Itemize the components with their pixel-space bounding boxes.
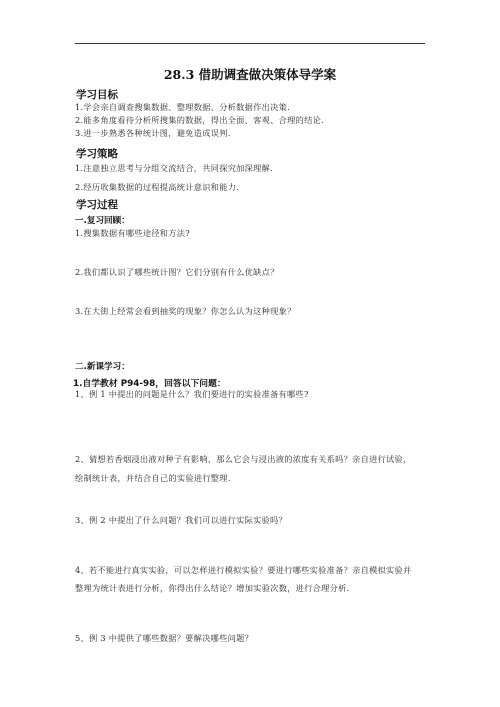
- new-lesson-heading: 二.新课学习：: [75, 360, 130, 372]
- review-question: 3.在大街上经常会看到抽奖的现象？你怎么认为这种现象？: [75, 306, 296, 316]
- document-page: 28.3 借助调查做决策体导学案 学习目标 1.学会亲自调查搜集数据、整理数据、…: [0, 0, 500, 707]
- process-heading: 学习过程: [76, 197, 118, 212]
- lesson-question: 3、例 2 中提出了什么问题？我们可以进行实际实验吗？: [75, 515, 287, 525]
- goal-item: 2.能多角度看待分析所搜集的数据，得出全面、客观、合理的结论.: [75, 115, 324, 125]
- new-lesson-subheading: 1.自学教材 P94-98，回答以下问题：: [73, 376, 226, 389]
- lesson-question: 5、例 3 中提供了哪些数据？要解决哪些问题？: [75, 633, 253, 643]
- goal-item: 1.学会亲自调查搜集数据、整理数据、分析数据作出决策.: [75, 102, 290, 112]
- document-title: 28.3 借助调查做决策体导学案: [0, 65, 500, 83]
- strategy-heading: 学习策略: [76, 146, 118, 161]
- review-question: 2.我们都认识了哪些统计图？它们分别有什么优缺点？: [75, 267, 279, 277]
- strategy-item: 1.注意独立思考与分组交流结合，共同探究加深理解.: [75, 163, 273, 173]
- review-question: 1.搜集数据有哪些途径和方法?: [75, 228, 190, 238]
- goals-heading: 学习目标: [76, 87, 118, 102]
- review-heading: 一.复习回顾：: [75, 214, 130, 226]
- lesson-question: 1、例 1 中提出的问题是什么？我们要进行的实验准备有哪些?: [75, 389, 309, 399]
- lesson-question: 2、猜想若香烟浸出液对种子有影响，那么它会与浸出液的浓度有关系吗？亲自进行试验，: [75, 454, 412, 464]
- lesson-question-cont: 整理为统计表进行分析，你得出什么结论？增加实验次数，进行合理分析.: [75, 583, 350, 593]
- goal-item: 3.进一步熟悉各种统计图，避免造成误判.: [75, 128, 231, 138]
- lesson-question: 4、若不能进行真实实验，可以怎样进行模拟实验？要进行哪些实验准备？亲自模拟实验并: [75, 565, 412, 575]
- lesson-question-cont: 绘制统计表，并结合自己的实验进行整理.: [75, 473, 231, 483]
- header-divider: [75, 43, 425, 44]
- strategy-item: 2.经历收集数据的过程提高统计意识和能力.: [75, 182, 239, 192]
